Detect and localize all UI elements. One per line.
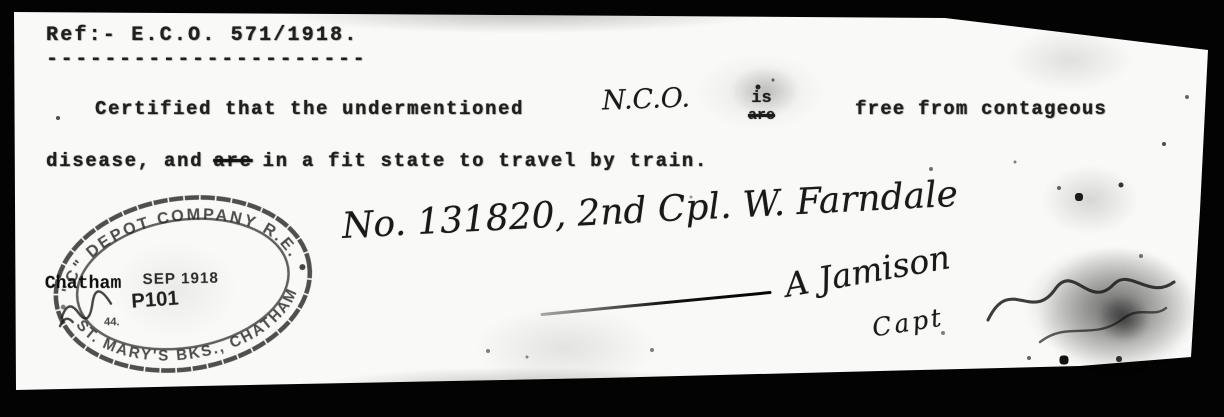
stamp-date: SEP 1918 xyxy=(142,270,219,288)
scanned-certificate: Ref:- E.C.O. 571/1918. -----------------… xyxy=(0,0,1224,417)
line2-tail: in a fit state to travel by train. xyxy=(263,150,708,172)
ink-smudge-faint xyxy=(730,66,800,116)
stamp-typed-place: Chatham xyxy=(45,274,122,294)
reference-line: Ref:- E.C.O. 571/1918. xyxy=(46,24,358,47)
certificate-line2: disease, and are in a fit state to trave… xyxy=(46,150,708,172)
certificate-line1-tail: free from contageous xyxy=(855,98,1107,120)
stamp-right-separator-dot xyxy=(299,264,306,271)
stamp-small-mark: 44. xyxy=(104,316,120,328)
certificate-line1-lead: Certified that the undermentioned xyxy=(95,98,524,120)
noise-specks xyxy=(0,0,2,2)
stamp-code: P101 xyxy=(131,288,180,313)
reference-underline: ---------------------- xyxy=(46,48,367,71)
inserted-nco-handwriting: N.C.O. xyxy=(601,82,690,116)
line2-struck-are: are xyxy=(213,150,252,172)
line2-lead: disease, and xyxy=(46,150,203,172)
ink-smudge-dark xyxy=(1098,296,1150,342)
